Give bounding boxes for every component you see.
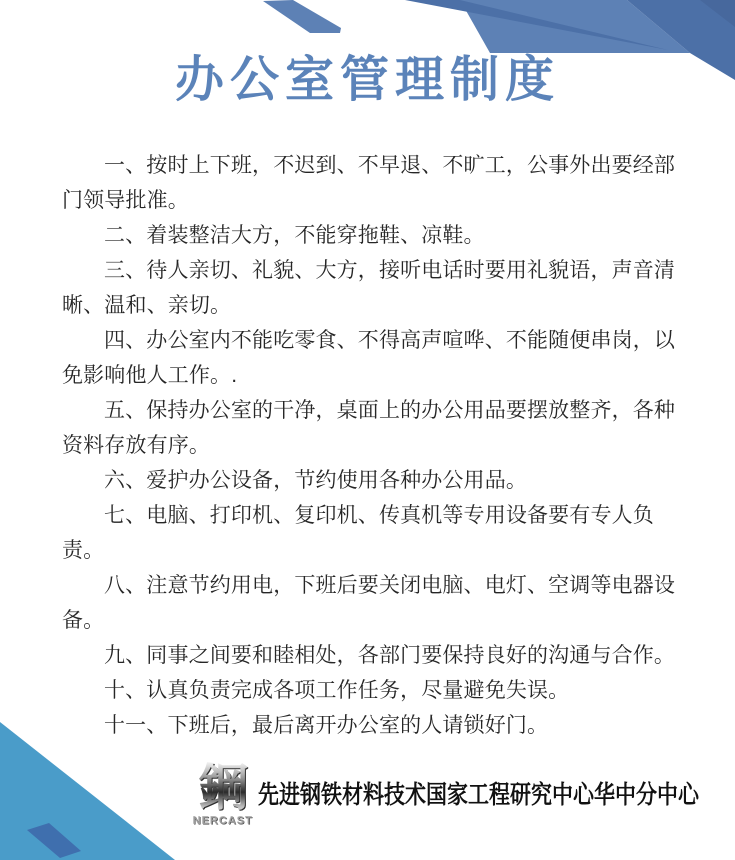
steel-emblem-icon: 鋼 [190, 762, 256, 814]
rules-list: 一、按时上下班，不迟到、不早退、不旷工，公事外出要经部 门领导批准。 二、着装整… [62, 148, 682, 743]
rule-item-11: 十一、下班后，最后离开办公室的人请锁好门。 [62, 708, 682, 743]
logo-caption: NERCAST [190, 815, 256, 827]
rule-item-9: 九、同事之间要和睦相处，各部门要保持良好的沟通与合作。 [62, 638, 682, 673]
rule-item-2: 二、着装整洁大方，不能穿拖鞋、凉鞋。 [62, 218, 682, 253]
rule-item-6: 六、爱护办公设备，节约使用各种办公用品。 [62, 463, 682, 498]
nercast-logo: 鋼 NERCAST [190, 762, 256, 827]
rule-item-5: 五、保持办公室的干净，桌面上的办公用品要摆放整齐，各种 资料存放有序。 [62, 393, 682, 463]
footer: 鋼 NERCAST 先进钢铁材料技术国家工程研究中心华中分中心 [0, 755, 735, 860]
decor-band-dark [405, 0, 668, 50]
rule-item-1: 一、按时上下班，不迟到、不早退、不旷工，公事外出要经部 门领导批准。 [62, 148, 682, 218]
poster-title: 办公室管理制度 [0, 50, 735, 111]
poster-canvas: 办公室管理制度 一、按时上下班，不迟到、不早退、不旷工，公事外出要经部 门领导批… [0, 0, 735, 860]
rule-item-7: 七、电脑、打印机、复印机、传真机等专用设备要有专人负 责。 [62, 498, 682, 568]
rule-item-4: 四、办公室内不能吃零食、不得高声喧哗、不能随便串岗，以 免影响他人工作。. [62, 323, 682, 393]
organization-name: 先进钢铁材料技术国家工程研究中心华中分中心 [258, 780, 699, 810]
rule-item-3: 三、待人亲切、礼貌、大方，接听电话时要用礼貌语，声音清 晰、温和、亲切。 [62, 253, 682, 323]
rule-item-10: 十、认真负责完成各项工作任务，尽量避免失误。 [62, 673, 682, 708]
decor-corner-darker [700, 0, 735, 27]
decor-stripe-small [263, 0, 341, 33]
decor-panel-light [460, 0, 690, 53]
rule-item-8: 八、注意节约用电，下班后要关闭电脑、电灯、空调等电器设 备。 [62, 568, 682, 638]
